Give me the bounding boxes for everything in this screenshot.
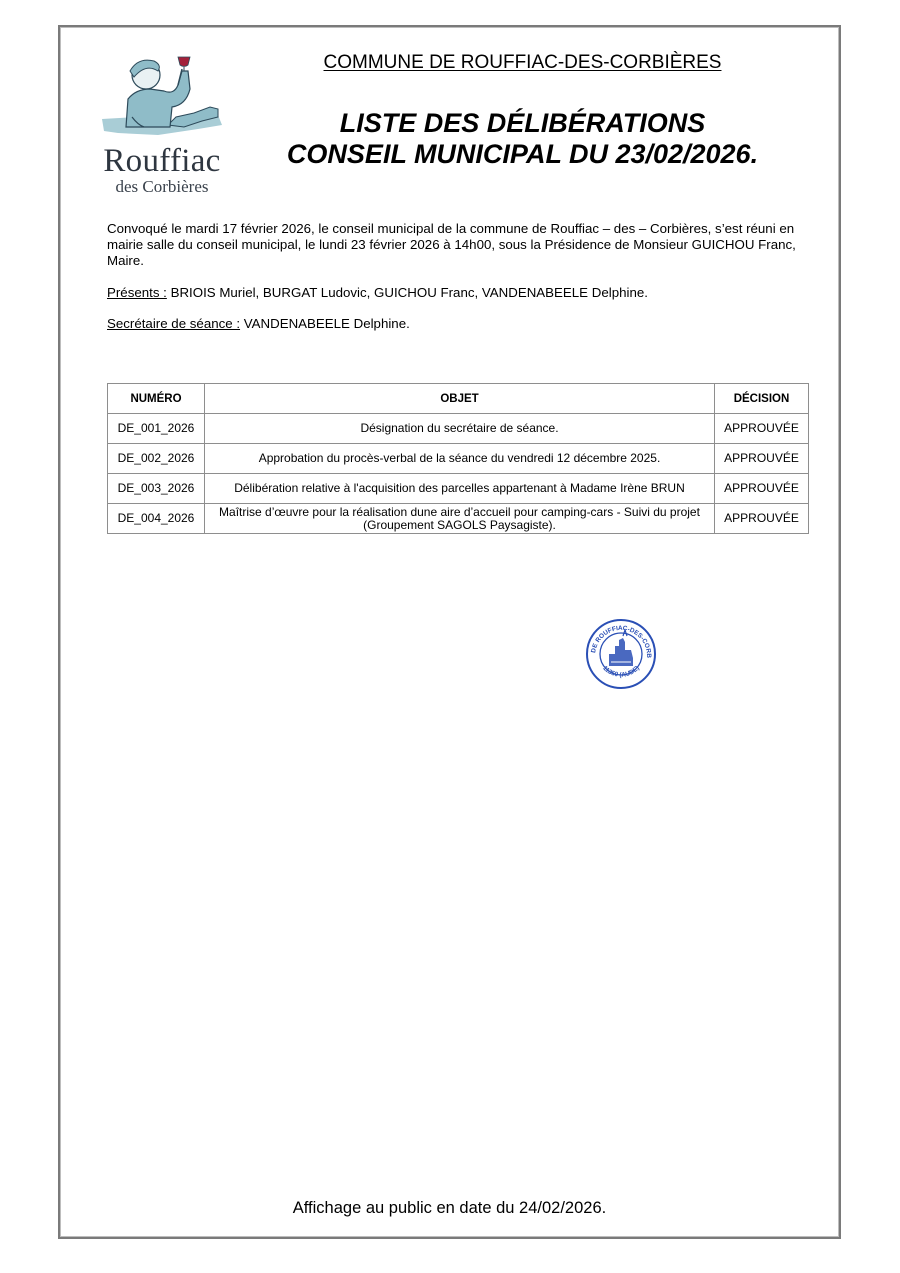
cell-decision: APPROUVÉE — [715, 474, 809, 504]
table-row: DE_002_2026 Approbation du procès-verbal… — [108, 444, 809, 474]
presents-value: BRIOIS Muriel, BURGAT Ludovic, GUICHOU F… — [167, 285, 648, 300]
header-decision: DÉCISION — [715, 384, 809, 414]
table-row: DE_004_2026 Maîtrise d’œuvre pour la réa… — [108, 504, 809, 534]
page-border — [58, 25, 841, 1239]
table-row: DE_001_2026 Désignation du secrétaire de… — [108, 414, 809, 444]
cell-objet: Approbation du procès-verbal de la séanc… — [205, 444, 715, 474]
public-display-date: Affichage au public en date du 24/02/202… — [58, 1199, 841, 1218]
logo-name: Rouffiac — [92, 143, 232, 180]
secretaire-label: Secrétaire de séance : — [107, 316, 240, 331]
presents-line: Présents : BRIOIS Muriel, BURGAT Ludovic… — [107, 285, 648, 300]
header-numero: NUMÉRO — [108, 384, 205, 414]
cell-objet: Maîtrise d’œuvre pour la réalisation dun… — [205, 504, 715, 534]
document-title: LISTE DES DÉLIBÉRATIONS CONSEIL MUNICIPA… — [250, 108, 795, 170]
title-line-2: CONSEIL MUNICIPAL DU 23/02/2026. — [250, 139, 795, 170]
commune-logo: Rouffiac des Corbières — [92, 55, 232, 200]
secretaire-value: VANDENABEELE Delphine. — [240, 316, 410, 331]
presents-label: Présents : — [107, 285, 167, 300]
mairie-stamp: MAIRIE DE ROUFFIAC-DES-CORBIÈRES 11350 (… — [585, 618, 657, 690]
convocation-paragraph: Convoqué le mardi 17 février 2026, le co… — [107, 221, 802, 269]
official-seal-icon: MAIRIE DE ROUFFIAC-DES-CORBIÈRES 11350 (… — [585, 618, 657, 690]
cell-decision: APPROUVÉE — [715, 504, 809, 534]
cell-numero: DE_004_2026 — [108, 504, 205, 534]
deliberations-table: NUMÉRO OBJET DÉCISION DE_001_2026 Désign… — [107, 383, 809, 534]
title-line-1: LISTE DES DÉLIBÉRATIONS — [250, 108, 795, 139]
cell-objet: Délibération relative à l'acquisition de… — [205, 474, 715, 504]
cell-decision: APPROUVÉE — [715, 444, 809, 474]
table-row: DE_003_2026 Délibération relative à l'ac… — [108, 474, 809, 504]
header-objet: OBJET — [205, 384, 715, 414]
secretaire-line: Secrétaire de séance : VANDENABEELE Delp… — [107, 316, 410, 331]
commune-heading: COMMUNE DE ROUFFIAC-DES-CORBIÈRES — [270, 52, 775, 74]
cell-numero: DE_003_2026 — [108, 474, 205, 504]
child-raising-wine-glass-icon — [98, 55, 228, 145]
cell-numero: DE_001_2026 — [108, 414, 205, 444]
logo-subtitle: des Corbières — [92, 177, 232, 197]
table-header-row: NUMÉRO OBJET DÉCISION — [108, 384, 809, 414]
svg-text:11350 (AUDE): 11350 (AUDE) — [601, 665, 641, 679]
cell-objet: Désignation du secrétaire de séance. — [205, 414, 715, 444]
cell-numero: DE_002_2026 — [108, 444, 205, 474]
cell-decision: APPROUVÉE — [715, 414, 809, 444]
